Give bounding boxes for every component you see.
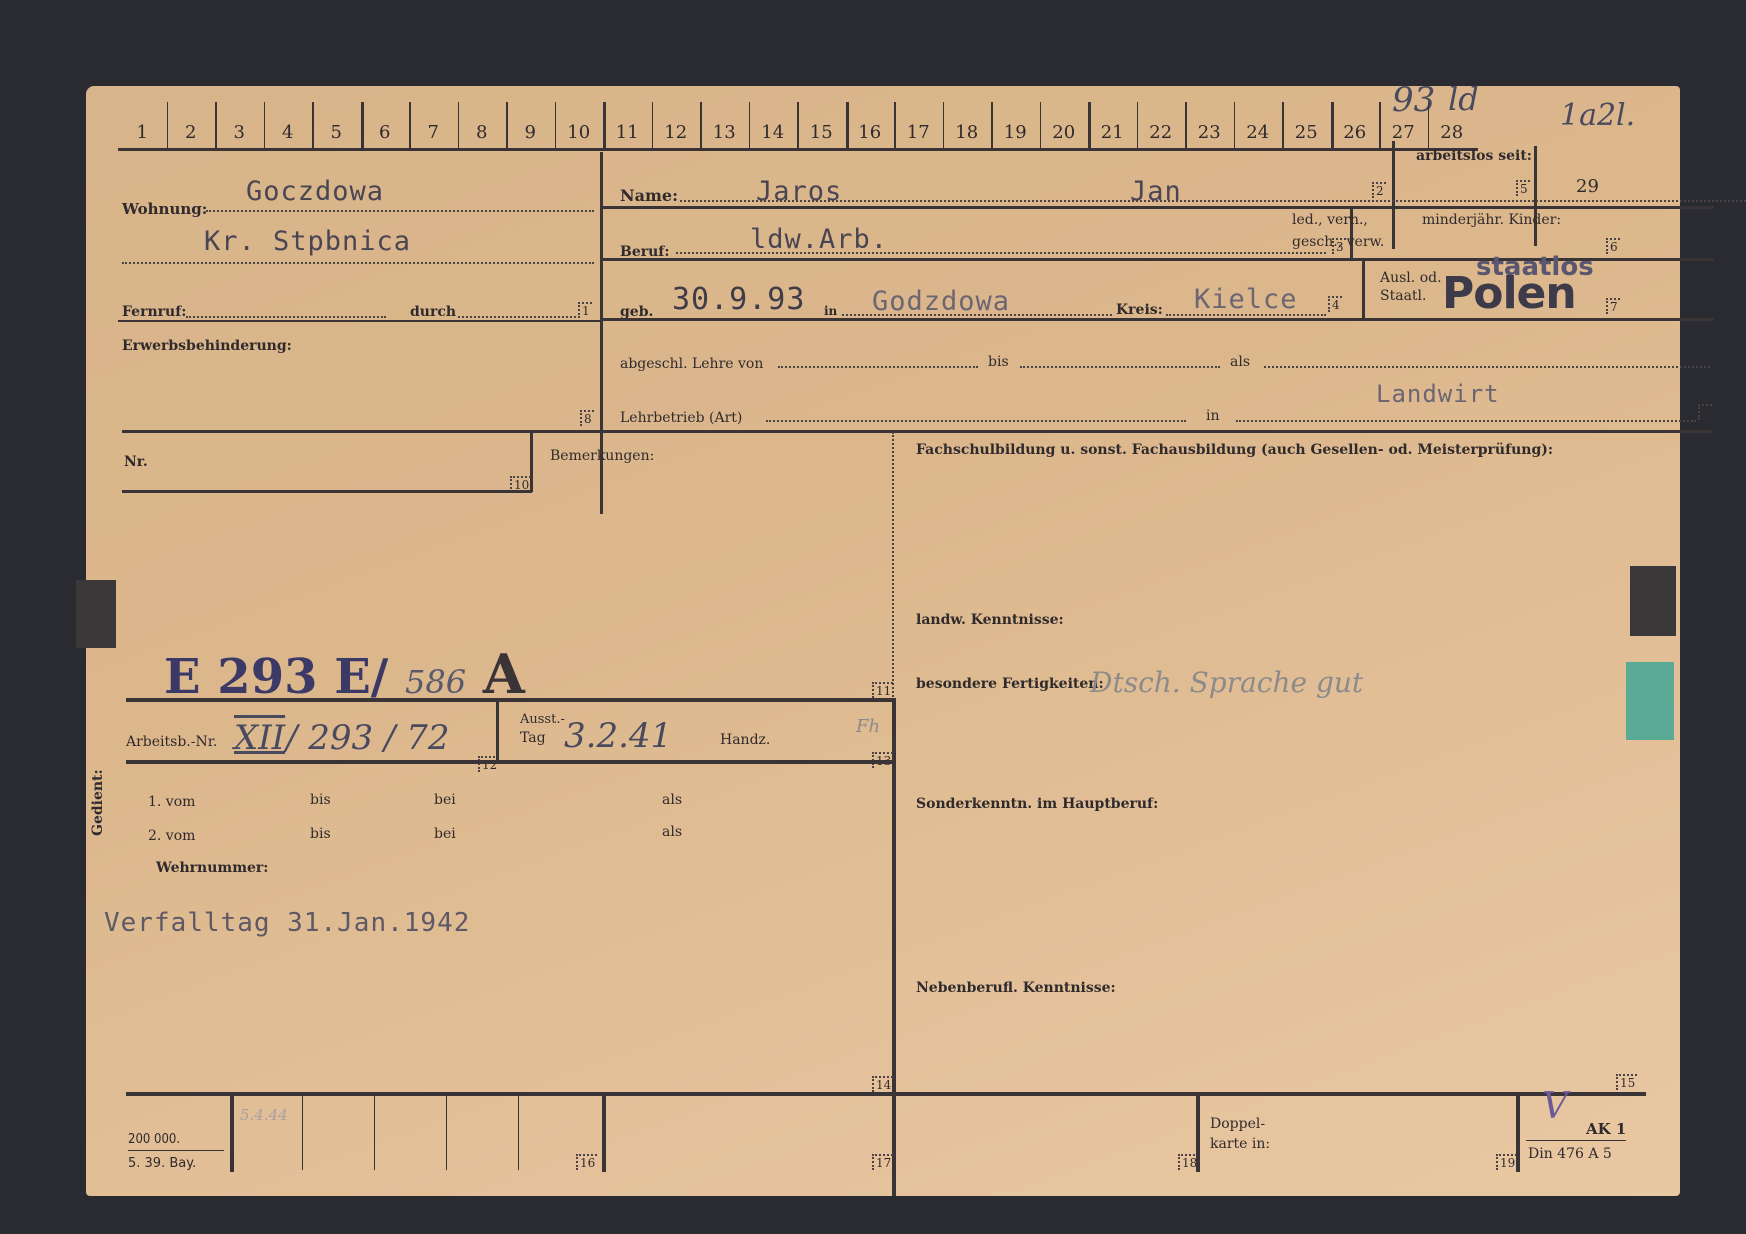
stamp-code-prefix: E 293 E/ (164, 649, 388, 705)
rule (602, 206, 1714, 209)
kinder-label: minderjähr. Kinder: (1422, 212, 1561, 228)
verfalltag-stamp: Verfalltag 31.Jan.1942 (104, 908, 470, 938)
divider (602, 1094, 606, 1172)
fachschul-label: Fachschulbildung u. sonst. Fachausbildun… (916, 442, 1553, 458)
tick (167, 102, 169, 148)
column-number: 25 (1282, 122, 1331, 143)
gedient-row1-als: als (662, 792, 682, 808)
arbeitsbuch-roman: XII (234, 718, 285, 758)
tick (894, 102, 896, 148)
lehrbetrieb-label: Lehrbetrieb (Art) (620, 410, 742, 426)
dotted-line (458, 316, 576, 318)
rule (128, 1150, 224, 1151)
column-number: 21 (1088, 122, 1137, 143)
lehre-bis-label: bis (988, 354, 1009, 370)
rule (126, 1092, 1646, 1096)
nr-label: Nr. (124, 454, 148, 470)
field-number-19: 19 (1496, 1154, 1517, 1170)
field-number-8: 8 (580, 410, 594, 426)
familienstand-line1: led., verh., (1292, 212, 1368, 228)
given-name-value: Jan (1130, 176, 1182, 207)
ausst-label2: Tag (520, 730, 546, 746)
column-number: 12 (652, 122, 701, 143)
divider (230, 1094, 234, 1172)
dotted-line (1020, 366, 1220, 368)
dotted-line (1264, 366, 1710, 368)
divider (302, 1096, 303, 1170)
familienstand-line2: gesch., verw. (1292, 234, 1384, 250)
column-number: 3 (215, 122, 264, 143)
arbeitsbuch-label: Arbeitsb.-Nr. (126, 734, 217, 750)
besondere-label: besondere Fertigkeiten: (916, 676, 1104, 692)
tick (1234, 102, 1236, 148)
index-card: 93 ld 1a2l. arbeitslos seit: 5 29 Goczdo… (86, 86, 1680, 1196)
field-number-4: 4 (1328, 296, 1342, 312)
dotted-line (778, 366, 978, 368)
fernruf-label: Fernruf: (122, 304, 186, 320)
tick (943, 102, 945, 148)
field-number-29: 29 (1576, 176, 1599, 197)
bemerkungen-label: Bemerkungen: (550, 448, 654, 464)
field-number-9: 9 (1698, 404, 1712, 420)
strip-baseline (118, 148, 1478, 151)
tick (1185, 102, 1187, 148)
divider (1362, 260, 1365, 320)
handz-label: Handz. (720, 732, 770, 748)
column-number: 10 (555, 122, 604, 143)
rule (126, 760, 894, 764)
divider (1534, 146, 1537, 246)
field-number-16: 16 (576, 1154, 597, 1170)
form-code: AK 1 (1586, 1120, 1626, 1138)
rule (1526, 1140, 1626, 1141)
tick (603, 102, 606, 148)
rule (122, 490, 532, 493)
surname-value: Jaros (756, 176, 842, 207)
tick (312, 102, 314, 148)
column-number: 11 (603, 122, 652, 143)
column-number: 7 (409, 122, 458, 143)
field-number-17: 17 (872, 1154, 893, 1170)
column-number: 23 (1185, 122, 1234, 143)
gedient-row2-bis: bis (310, 826, 331, 842)
rule (118, 320, 602, 322)
dotted-line (206, 210, 594, 212)
lehre-als-label: als (1230, 354, 1250, 370)
durch-label: durch (410, 304, 456, 320)
field-number-6: 6 (1606, 238, 1620, 254)
tick (1137, 102, 1139, 148)
tick (797, 102, 799, 148)
column-number: 17 (894, 122, 943, 143)
tick (1379, 102, 1381, 148)
wehrnummer-label: Wehrnummer: (156, 860, 268, 876)
handwritten-ld: ld (1448, 80, 1479, 118)
divider (1516, 1094, 1520, 1172)
wohnung-label: Wohnung: (122, 200, 207, 218)
column-number: 13 (700, 122, 749, 143)
birth-place: Godzdowa (872, 286, 1010, 317)
field-number-7: 7 (1606, 298, 1620, 314)
beruf-value: ldw.Arb. (750, 224, 888, 255)
tick (264, 102, 266, 148)
tick (846, 102, 849, 148)
dotted-line (122, 262, 594, 264)
handz-initials: Fh (856, 716, 880, 737)
column-number: 26 (1331, 122, 1380, 143)
handwritten-corner-note: 1a2l. (1560, 98, 1635, 133)
divider (518, 1096, 519, 1170)
rule (122, 430, 1712, 433)
column-number: 9 (506, 122, 555, 143)
gedient-row2-bei: bei (434, 826, 456, 842)
tick (506, 102, 508, 148)
field-number-1: 1 (578, 302, 592, 318)
divider (892, 698, 896, 1196)
kreis-value: Kielce (1194, 284, 1298, 315)
stamp-polen: Polen (1442, 268, 1576, 319)
tick (700, 102, 702, 148)
column-number: 5 (312, 122, 361, 143)
column-number: 19 (991, 122, 1040, 143)
kreis-label: Kreis: (1116, 302, 1163, 318)
index-tab-left (76, 580, 116, 648)
tick (361, 102, 364, 148)
lehre-label: abgeschl. Lehre von (620, 356, 763, 372)
wohnung-line2: Kr. Stpbnica (204, 226, 411, 257)
doppelkarte-label1: Doppel- (1210, 1116, 1265, 1132)
tick (991, 102, 993, 148)
column-number: 16 (846, 122, 895, 143)
stamp-code-suffix: A (483, 642, 525, 706)
nebenberufl-label: Nebenberufl. Kenntnisse: (916, 980, 1116, 996)
field-number-15: 15 (1616, 1074, 1637, 1090)
print-date: 5. 39. Bay. (128, 1156, 196, 1171)
ausst-date: 3.2.41 (564, 716, 672, 756)
arbeitsbuch-value: / 293 / 72 (286, 718, 450, 758)
field-number-11: 11 (872, 682, 893, 698)
gedient-row1-bis: bis (310, 792, 331, 808)
gedient-label: Gedient: (90, 769, 106, 836)
din-code: Din 476 A 5 (1528, 1146, 1612, 1162)
gedient-row1-vom: 1. vom (148, 794, 195, 810)
arbeitslos-seit-label: arbeitslos seit: (1416, 148, 1532, 164)
field-number-14: 14 (872, 1076, 893, 1092)
divider (496, 700, 499, 762)
besondere-value: Dtsch. Sprache gut (1090, 666, 1363, 699)
tick (1282, 102, 1284, 148)
column-number: 8 (458, 122, 507, 143)
column-number: 14 (749, 122, 798, 143)
column-number: 2 (167, 122, 216, 143)
column-number: 22 (1137, 122, 1186, 143)
column-number: 1 (118, 122, 167, 143)
tick (652, 102, 654, 148)
dotted-line (186, 316, 386, 318)
tick (1040, 102, 1042, 148)
green-tab-marker (1626, 662, 1674, 740)
erwerbsbehinderung-label: Erwerbsbehinderung: (122, 338, 292, 354)
column-number: 24 (1234, 122, 1283, 143)
name-label: Name: (620, 186, 678, 205)
tick (1331, 102, 1334, 148)
staat-label2: Staatl. (1380, 288, 1426, 304)
doppelkarte-label2: karte in: (1210, 1136, 1270, 1152)
column-number: 28 (1428, 122, 1477, 143)
print-run: 200 000. (128, 1132, 180, 1147)
dotted-line (766, 420, 1186, 422)
column-number: 27 (1379, 122, 1428, 143)
dotted-line (1236, 420, 1696, 422)
divider (1196, 1094, 1200, 1172)
lehrbetrieb-in-label: in (1206, 408, 1220, 424)
column-number: 15 (797, 122, 846, 143)
wohnung-line1: Goczdowa (246, 176, 384, 207)
divider (446, 1096, 447, 1170)
rule (126, 698, 894, 702)
column-number: 6 (361, 122, 410, 143)
tick (458, 102, 460, 148)
lehrbetrieb-value: Landwirt (1376, 380, 1500, 408)
check-mark: V (1542, 1086, 1568, 1127)
tick (1088, 102, 1091, 148)
gedient-row2-als: als (662, 824, 682, 840)
column-number: 18 (943, 122, 992, 143)
birth-date: 30.9.93 (672, 282, 805, 317)
gedient-row1-bei: bei (434, 792, 456, 808)
rule (602, 318, 1714, 321)
field-number-5: 5 (1516, 180, 1530, 196)
ausst-label1: Ausst.- (520, 712, 565, 727)
column-number: 20 (1040, 122, 1089, 143)
pencil-note: 5.4.44 (240, 1106, 288, 1124)
tick (749, 102, 751, 148)
in-label: in (824, 304, 837, 318)
tick (555, 102, 557, 148)
tick (215, 102, 217, 148)
gedient-row2-vom: 2. vom (148, 828, 195, 844)
index-tab-right (1630, 566, 1676, 636)
sonderkenntn-label: Sonderkenntn. im Hauptberuf: (916, 796, 1158, 812)
divider (1392, 141, 1395, 249)
landw-kenntnisse-label: landw. Kenntnisse: (916, 612, 1064, 628)
divider (374, 1096, 375, 1170)
stamp-code-handwritten: 586 (405, 663, 466, 701)
staat-label1: Ausl. od. (1380, 270, 1442, 286)
field-number-2: 2 (1372, 182, 1386, 198)
column-number: 4 (264, 122, 313, 143)
tick (409, 102, 411, 148)
tick (1428, 102, 1430, 148)
stamp-code: E 293 E/ 586 A (164, 642, 525, 706)
